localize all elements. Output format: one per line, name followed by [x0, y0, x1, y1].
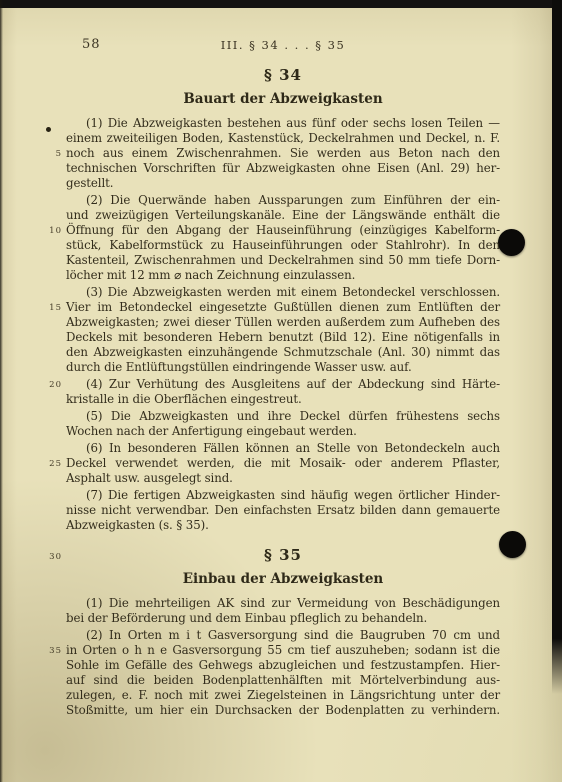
line-text: den Abzweigkasten einzuhängende Schmutzs… — [66, 345, 500, 360]
margin-line-number: 15 — [38, 302, 62, 314]
text-line: gestellt. — [66, 176, 500, 191]
section-subtitle: Bauart der Abzweigkasten — [66, 91, 500, 107]
section-heading-text: § 35 — [264, 546, 302, 564]
margin-line-number: 10 — [38, 225, 62, 237]
text-line: stück, Kabelformstück zu Hauseinführunge… — [66, 238, 500, 253]
text-line: Asphalt usw. ausgelegt sind. — [66, 471, 500, 486]
page-content: § 34 Bauart der Abzweigkasten (1) Die Ab… — [66, 66, 500, 720]
section-heading-text: § 34 — [264, 66, 302, 84]
paragraph: (3) Die Abzweigkasten werden mit einem B… — [66, 285, 500, 375]
section-heading: 30§ 35 — [66, 546, 500, 564]
line-text: durch die Entlüftungstüllen eindringende… — [66, 360, 500, 375]
line-text: (2) In Orten m i t Gasversorgung sind di… — [66, 628, 500, 643]
text-line: Wochen nach der Anfertigung eingebaut we… — [66, 424, 500, 439]
text-line: einem zweiteiligen Boden, Kastenstück, D… — [66, 131, 500, 146]
line-text: Kastenteil, Zwischenrahmen und Deckelrah… — [66, 253, 500, 268]
paragraph: (2) In Orten m i t Gasversorgung sind di… — [66, 628, 500, 718]
line-text: (1) Die mehrteiligen AK sind zur Vermeid… — [66, 596, 500, 611]
line-text: (5) Die Abzweigkasten und ihre Deckel dü… — [66, 409, 500, 424]
paragraph: (2) Die Querwände haben Aussparungen zum… — [66, 193, 500, 283]
line-text: stück, Kabelformstück zu Hauseinführunge… — [66, 238, 500, 253]
margin-line-number: 5 — [38, 148, 62, 160]
text-line: durch die Entlüftungstüllen eindringende… — [66, 360, 500, 375]
text-line: auf sind die beiden Bodenplattenhälften … — [66, 673, 500, 688]
text-line: (1) Die mehrteiligen AK sind zur Vermeid… — [66, 596, 500, 611]
line-text: Abzweigkasten; zwei dieser Tüllen werden… — [66, 315, 500, 330]
text-line: zulegen, e. F. noch mit zwei Ziegelstein… — [66, 688, 500, 703]
text-line: und zweizügigen Verteilungskanäle. Eine … — [66, 208, 500, 223]
line-text: und zweizügigen Verteilungskanäle. Eine … — [66, 208, 500, 223]
text-line: technischen Vorschriften für Abzweigkast… — [66, 161, 500, 176]
text-line: (5) Die Abzweigkasten und ihre Deckel dü… — [66, 409, 500, 424]
text-line: nisse nicht verwendbar. Den einfachsten … — [66, 503, 500, 518]
line-text: technischen Vorschriften für Abzweigkast… — [66, 161, 500, 176]
hole-punch-icon — [499, 531, 526, 558]
line-text: (6) In besonderen Fällen können an Stell… — [66, 441, 500, 456]
hole-punch-icon — [498, 229, 525, 256]
paragraph: (1) Die mehrteiligen AK sind zur Vermeid… — [66, 596, 500, 626]
text-line: (3) Die Abzweigkasten werden mit einem B… — [66, 285, 500, 300]
paragraph: 20(4) Zur Verhütung des Ausgleitens auf … — [66, 377, 500, 407]
line-text: noch aus einem Zwischenrahmen. Sie werde… — [66, 146, 500, 161]
line-text: Deckel verwendet werden, die mit Mosaik-… — [66, 456, 500, 471]
scanned-document-page: 58 III. § 34 . . . § 35 § 34 Bauart der … — [0, 0, 562, 782]
text-line: Sohle im Gefälle des Gehwegs abzugleiche… — [66, 658, 500, 673]
text-line: löcher mit 12 mm ⌀ nach Zeichnung einzul… — [66, 268, 500, 283]
line-text: Vier im Betondeckel eingesetzte Gußtülle… — [66, 300, 500, 315]
text-line: kristalle in die Oberflächen eingestreut… — [66, 392, 500, 407]
line-text: Deckels mit besonderen Hebern benutzt (B… — [66, 330, 500, 345]
margin-line-number: 30 — [38, 551, 62, 563]
line-text: Abzweigkasten (s. § 35). — [66, 518, 500, 533]
text-line: (6) In besonderen Fällen können an Stell… — [66, 441, 500, 456]
line-text: löcher mit 12 mm ⌀ nach Zeichnung einzul… — [66, 268, 500, 283]
line-text: Stoßmitte, um hier ein Durchsacken der B… — [66, 703, 500, 718]
line-text: Sohle im Gefälle des Gehwegs abzugleiche… — [66, 658, 500, 673]
section-heading: § 34 — [66, 66, 500, 84]
paragraph: (5) Die Abzweigkasten und ihre Deckel dü… — [66, 409, 500, 439]
text-line: den Abzweigkasten einzuhängende Schmutzs… — [66, 345, 500, 360]
line-text: einem zweiteiligen Boden, Kastenstück, D… — [66, 131, 500, 146]
text-line: (7) Die fertigen Abzweigkasten sind häuf… — [66, 488, 500, 503]
paragraph: (6) In besonderen Fällen können an Stell… — [66, 441, 500, 486]
scan-edge-top — [0, 0, 562, 8]
margin-line-number: 35 — [38, 645, 62, 657]
text-line: 5noch aus einem Zwischenrahmen. Sie werd… — [66, 146, 500, 161]
text-line: Abzweigkasten (s. § 35). — [66, 518, 500, 533]
scan-edge-right — [552, 0, 562, 694]
margin-line-number: 20 — [38, 379, 62, 391]
text-line: 35in Orten o h n e Gasversorgung 55 cm t… — [66, 643, 500, 658]
line-text: Öffnung für den Abgang der Hauseinführun… — [66, 223, 500, 238]
line-text: nisse nicht verwendbar. Den einfachsten … — [66, 503, 500, 518]
line-text: (7) Die fertigen Abzweigkasten sind häuf… — [66, 488, 500, 503]
line-text: kristalle in die Oberflächen eingestreut… — [66, 392, 500, 407]
margin-line-number: 25 — [38, 458, 62, 470]
line-text: bei der Beförderung und dem Einbau pfleg… — [66, 611, 500, 626]
text-line: Stoßmitte, um hier ein Durchsacken der B… — [66, 703, 500, 718]
text-line: bei der Beförderung und dem Einbau pfleg… — [66, 611, 500, 626]
line-text: Wochen nach der Anfertigung eingebaut we… — [66, 424, 500, 439]
running-header: III. § 34 . . . § 35 — [66, 38, 500, 52]
text-line: 10Öffnung für den Abgang der Hauseinführ… — [66, 223, 500, 238]
line-text: gestellt. — [66, 176, 500, 191]
section-subtitle: Einbau der Abzweigkasten — [66, 571, 500, 587]
text-line: Kastenteil, Zwischenrahmen und Deckelrah… — [66, 253, 500, 268]
ink-speck — [46, 127, 51, 132]
text-line: 20(4) Zur Verhütung des Ausgleitens auf … — [66, 377, 500, 392]
text-line: (2) Die Querwände haben Aussparungen zum… — [66, 193, 500, 208]
text-line: Deckels mit besonderen Hebern benutzt (B… — [66, 330, 500, 345]
scan-edge-left — [0, 0, 3, 782]
line-text: in Orten o h n e Gasversorgung 55 cm tie… — [66, 643, 500, 658]
line-text: zulegen, e. F. noch mit zwei Ziegelstein… — [66, 688, 500, 703]
text-line: 25Deckel verwendet werden, die mit Mosai… — [66, 456, 500, 471]
text-line: (1) Die Abzweigkasten bestehen aus fünf … — [66, 116, 500, 131]
line-text: auf sind die beiden Bodenplattenhälften … — [66, 673, 500, 688]
line-text: (1) Die Abzweigkasten bestehen aus fünf … — [66, 116, 500, 131]
line-text: (4) Zur Verhütung des Ausgleitens auf de… — [66, 377, 500, 392]
text-line: 15Vier im Betondeckel eingesetzte Gußtül… — [66, 300, 500, 315]
line-text: Asphalt usw. ausgelegt sind. — [66, 471, 500, 486]
paragraph: (1) Die Abzweigkasten bestehen aus fünf … — [66, 116, 500, 191]
text-line: (2) In Orten m i t Gasversorgung sind di… — [66, 628, 500, 643]
line-text: (2) Die Querwände haben Aussparungen zum… — [66, 193, 500, 208]
line-text: (3) Die Abzweigkasten werden mit einem B… — [66, 285, 500, 300]
text-line: Abzweigkasten; zwei dieser Tüllen werden… — [66, 315, 500, 330]
paragraph: (7) Die fertigen Abzweigkasten sind häuf… — [66, 488, 500, 533]
